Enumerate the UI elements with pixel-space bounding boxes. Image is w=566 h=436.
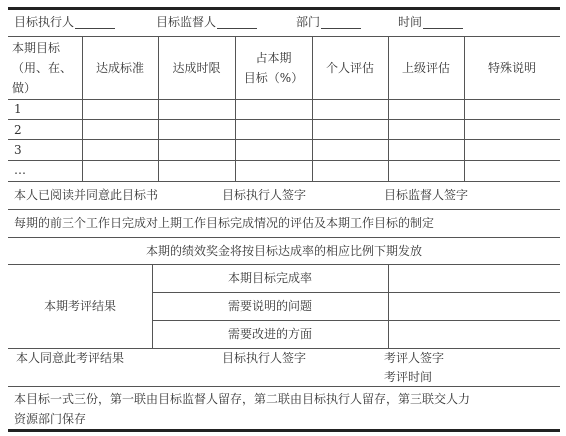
rule: [8, 139, 560, 140]
col-header-goal-line: 做）: [12, 78, 72, 98]
col-header-goal-line: 本期目标: [12, 38, 72, 58]
footer-line: 资源部门保存: [14, 412, 86, 426]
rule: [8, 181, 560, 182]
executor-signature-label[interactable]: 目标执行人签字: [222, 188, 306, 202]
evaluation-label: 本期考评结果: [8, 299, 152, 313]
evaluation-item-completion-rate: 本期目标完成率: [152, 271, 388, 285]
field-supervisor-blank[interactable]: [217, 16, 257, 29]
rule: [8, 386, 560, 387]
col-header-goal-line: （用、在、: [12, 58, 72, 78]
note-schedule: 每期的前三个工作日完成对上期工作目标完成情况的评估及本期工作目标的制定: [14, 216, 434, 230]
rule: [8, 160, 560, 161]
field-department-blank[interactable]: [321, 16, 361, 29]
col-header-weight-line: 占本期: [235, 48, 312, 68]
field-time-blank[interactable]: [423, 16, 463, 29]
field-department: 部门: [296, 15, 361, 29]
evaluation-item-improvements: 需要改进的方面: [152, 327, 388, 341]
row-number: 3: [14, 143, 22, 157]
note-bonus: 本期的绩效奖金将按目标达成率的相应比例下期发放: [8, 244, 560, 258]
rule: [153, 320, 560, 321]
rule: [8, 99, 560, 100]
col-header-self-eval: 个人评估: [312, 61, 388, 75]
col-header-weight: 占本期 目标（%）: [235, 48, 312, 88]
rule: [153, 292, 560, 293]
col-header-standard: 达成标准: [82, 61, 158, 75]
result-agree-text: 本人同意此考评结果: [16, 351, 124, 365]
field-executor-blank[interactable]: [75, 16, 115, 29]
evaluator-signature-label[interactable]: 考评人签字: [384, 351, 444, 365]
col-header-goal: 本期目标 （用、在、 做）: [12, 38, 72, 98]
result-executor-signature-label[interactable]: 目标执行人签字: [222, 351, 306, 365]
field-time-label: 时间: [398, 15, 422, 29]
rule: [8, 119, 560, 120]
rule: [8, 348, 560, 349]
field-department-label: 部门: [296, 15, 320, 29]
bottom-rule: [8, 429, 560, 432]
col-header-manager-eval: 上级评估: [388, 61, 464, 75]
rule: [8, 36, 560, 37]
col-header-notes: 特殊说明: [464, 61, 560, 75]
col-header-deadline: 达成时限: [158, 61, 235, 75]
field-supervisor-label: 目标监督人: [156, 15, 216, 29]
supervisor-signature-label[interactable]: 目标监督人签字: [384, 188, 468, 202]
col-header-weight-line: 目标（%）: [235, 68, 312, 88]
col-divider: [388, 264, 389, 348]
rule: [8, 237, 560, 238]
evaluation-time-label[interactable]: 考评时间: [384, 370, 432, 384]
row-number: …: [14, 163, 26, 177]
rule: [8, 264, 560, 265]
field-executor: 目标执行人: [14, 15, 115, 29]
row-number: 1: [14, 102, 22, 116]
rule: [8, 209, 560, 210]
top-rule: [8, 7, 560, 10]
agreement-text: 本人已阅读并同意此目标书: [14, 188, 158, 202]
field-supervisor: 目标监督人: [156, 15, 257, 29]
footer-line: 本目标一式三份，第一联由目标监督人留存，第二联由目标执行人留存，第三联交人力: [14, 392, 470, 406]
field-executor-label: 目标执行人: [14, 15, 74, 29]
row-number: 2: [14, 123, 22, 137]
evaluation-item-issues: 需要说明的问题: [152, 299, 388, 313]
field-time: 时间: [398, 15, 463, 29]
